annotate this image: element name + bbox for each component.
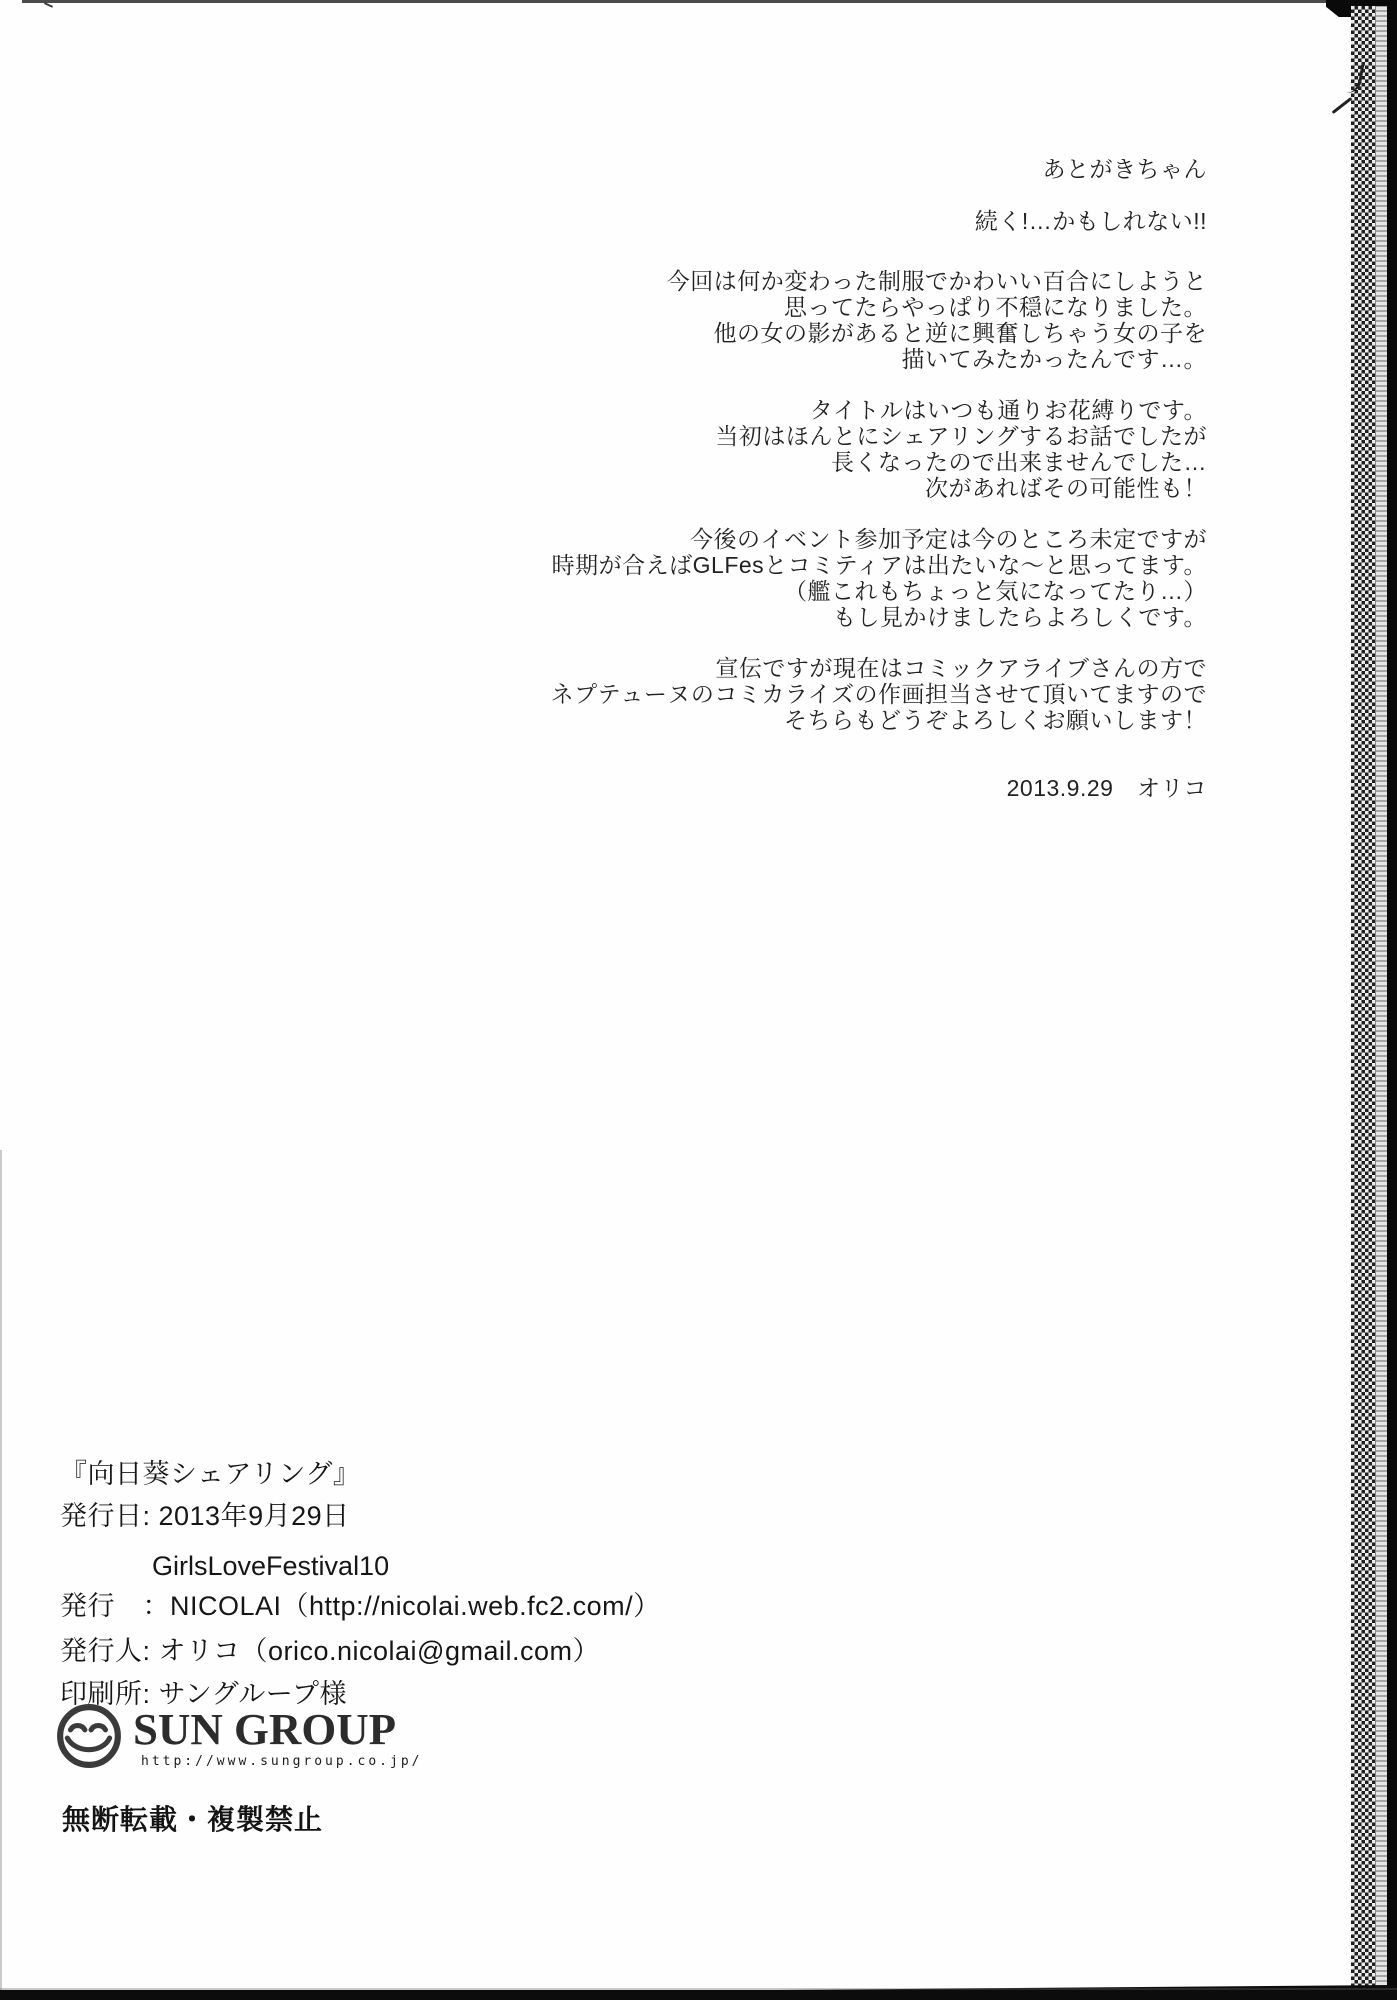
scan-left-edge-line bbox=[0, 1150, 2, 1990]
afterword-paragraph: タイトルはいつも通りお花縛りです。 当初はほんとにシェアリングするお話でしたが … bbox=[551, 397, 1207, 501]
afterword-block: あとがきちゃん 続く!…かもしれない!! 今回は何か変わった制服でかわいい百合に… bbox=[551, 156, 1207, 801]
afterword-signoff: 2013.9.29 オリコ bbox=[551, 775, 1207, 801]
event-name: GirlsLoveFestival10 bbox=[60, 1550, 661, 1582]
scan-scratch-mark bbox=[44, 2, 53, 8]
scan-page-edge-dither bbox=[1351, 6, 1376, 1992]
sun-group-wordmark: SUN GROUP bbox=[133, 1704, 396, 1755]
sun-group-emblem-icon bbox=[55, 1702, 123, 1770]
afterword-line: そちらもどうぞよろしくお願いします！ bbox=[551, 707, 1207, 733]
scan-bottom-black-edge bbox=[0, 1990, 1397, 2000]
afterword-paragraph: 今後のイベント参加予定は今のところ未定ですが 時期が合えばGLFesとコミティア… bbox=[551, 526, 1207, 630]
no-reproduction-notice: 無断転載・複製禁止 bbox=[62, 1798, 323, 1838]
afterword-line: 思ってたらやっぱり不穏になりました。 bbox=[551, 294, 1207, 320]
afterword-line: 長くなったので出来ませんでした… bbox=[551, 449, 1207, 475]
afterword-line: 時期が合えばGLFesとコミティアは出たいな～と思ってます。 bbox=[551, 552, 1207, 578]
afterword-line: 描いてみたかったんです…。 bbox=[551, 346, 1207, 372]
afterword-paragraph: 宣伝ですが現在はコミックアライブさんの方で ネプテューヌのコミカライズの作画担当… bbox=[551, 655, 1207, 733]
scan-scratch-mark bbox=[1332, 97, 1353, 114]
publish-date: 発行日: 2013年9月29日 bbox=[60, 1500, 661, 1532]
afterword-line: 今回は何か変わった制服でかわいい百合にしようと bbox=[551, 268, 1207, 294]
afterword-title: あとがきちゃん bbox=[551, 156, 1207, 182]
afterword-line: 今後のイベント参加予定は今のところ未定ですが bbox=[551, 526, 1207, 552]
sun-group-logo: SUN GROUP http://www.sungroup.co.jp/ bbox=[55, 1698, 435, 1778]
afterword-paragraph: 今回は何か変わった制服でかわいい百合にしようと 思ってたらやっぱり不穏になりまし… bbox=[551, 268, 1207, 372]
book-title: 『向日葵シェアリング』 bbox=[60, 1452, 661, 1490]
scan-right-black-edge bbox=[1387, 0, 1397, 2000]
scan-page-edge-light bbox=[1376, 6, 1387, 1992]
publisher-line: 発行 ：NICOLAI（http://nicolai.web.fc2.com/） bbox=[60, 1590, 661, 1622]
afterword-line: ネプテューヌのコミカライズの作画担当させて頂いてますので bbox=[551, 681, 1207, 707]
afterword-line: 宣伝ですが現在はコミックアライブさんの方で bbox=[551, 655, 1207, 681]
afterword-tagline: 続く!…かもしれない!! bbox=[551, 208, 1207, 234]
afterword-line: もし見かけましたらよろしくです。 bbox=[551, 604, 1207, 630]
afterword-line: （艦これもちょっと気になってたり…） bbox=[551, 578, 1207, 604]
scanned-afterword-page: あとがきちゃん 続く!…かもしれない!! 今回は何か変わった制服でかわいい百合に… bbox=[0, 0, 1397, 2000]
afterword-line: 他の女の影があると逆に興奮しちゃう女の子を bbox=[551, 320, 1207, 346]
afterword-line: 次があればその可能性も！ bbox=[551, 475, 1207, 501]
sun-group-url: http://www.sungroup.co.jp/ bbox=[141, 1754, 423, 1769]
scan-top-edge-line bbox=[22, 0, 1397, 3]
afterword-line: タイトルはいつも通りお花縛りです。 bbox=[551, 397, 1207, 423]
afterword-line: 当初はほんとにシェアリングするお話でしたが bbox=[551, 423, 1207, 449]
issuer-line: 発行人: オリコ（orico.nicolai@gmail.com） bbox=[60, 1635, 661, 1667]
colophon-block: 『向日葵シェアリング』 発行日: 2013年9月29日 GirlsLoveFes… bbox=[60, 1452, 661, 1710]
